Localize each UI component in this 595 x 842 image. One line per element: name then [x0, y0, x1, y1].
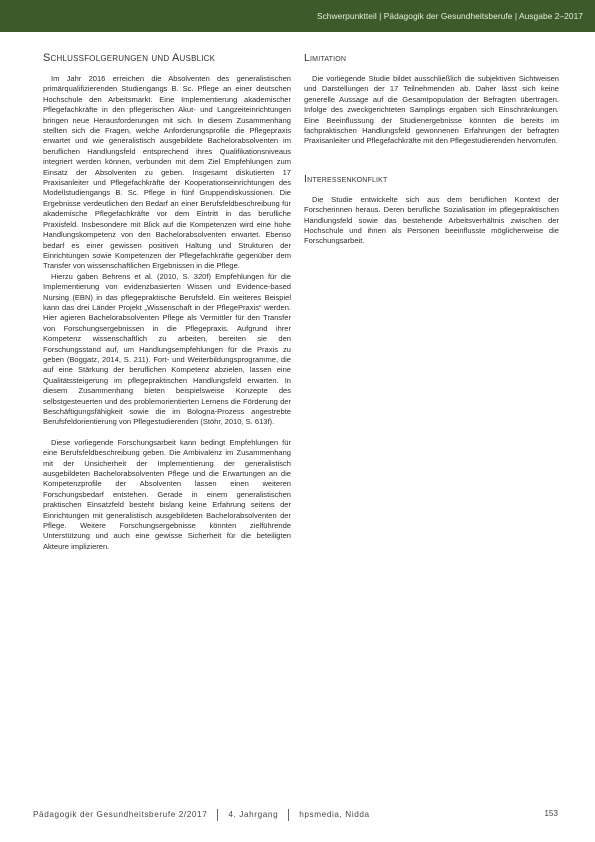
right-column: Limitation Die vorliegende Studie bildet… — [304, 52, 559, 247]
paragraph: Hierzu gaben Behrens et al. (2010, S. 32… — [43, 272, 291, 428]
page-number: 153 — [544, 809, 558, 818]
paragraph: Die vorliegende Studie bildet ausschließ… — [304, 74, 559, 147]
paragraph: Im Jahr 2016 erreichen die Absolventen d… — [43, 74, 291, 272]
running-header-title: Schwerpunktteil | Pädagogik der Gesundhe… — [317, 11, 583, 21]
footer-publisher: hpsmedia, Nidda — [299, 810, 369, 819]
footer-divider — [217, 809, 218, 821]
section-title-limitation: Limitation — [304, 52, 559, 64]
section-gap — [304, 147, 559, 173]
paragraph: Die Studie entwickelte sich aus dem beru… — [304, 195, 559, 247]
left-column: Schlussfolgerungen und Ausblick Im Jahr … — [43, 52, 291, 552]
section-title-conflict-of-interest: Interessenkonflikt — [304, 173, 559, 185]
section-title-conclusions: Schlussfolgerungen und Ausblick — [43, 52, 291, 64]
footer-journal: Pädagogik der Gesundheitsberufe 2/2017 — [33, 810, 207, 819]
paragraph: Diese vorliegende Forschungsarbeit kann … — [43, 438, 291, 552]
footer-volume: 4. Jahrgang — [228, 810, 278, 819]
footer-divider — [288, 809, 289, 821]
paragraph-gap — [43, 428, 291, 438]
page-footer: Pädagogik der Gesundheitsberufe 2/20174.… — [33, 809, 558, 821]
running-header-bar: Schwerpunktteil | Pädagogik der Gesundhe… — [0, 0, 595, 32]
